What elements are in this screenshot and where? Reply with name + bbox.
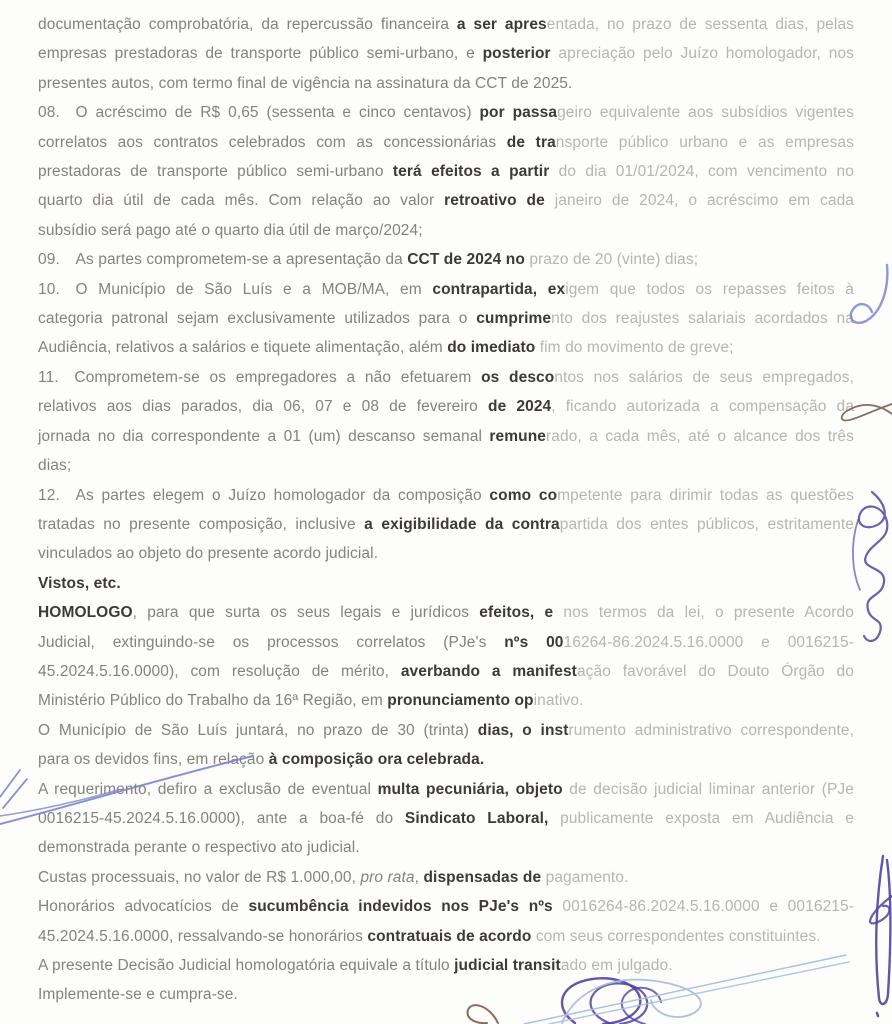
text-line: categoria patronal sejam exclusivamente …: [38, 304, 854, 333]
text-segment: sucumbência indevidos nos PJe's nºs: [249, 898, 553, 915]
text-segment: mpetente para dirimir todas as questões: [557, 487, 854, 504]
text-segment: cumprime: [476, 310, 551, 327]
text-segment: subsídio será pago até o quarto dia útil…: [38, 222, 423, 239]
signature-mark-middle-right: [853, 492, 887, 641]
text-segment: averbando a manifest: [401, 663, 577, 680]
text-line: demonstrada perante o respectivo ato jud…: [38, 833, 854, 862]
text-segment: a ser apres: [457, 16, 547, 33]
text-segment: prestadoras de transporte público semi-u…: [38, 163, 393, 180]
text-segment: rumento administrativo correspondente,: [569, 722, 855, 739]
text-segment: para os devidos fins, em relação: [38, 751, 269, 768]
text-segment: , ficando autorizada a compensação da: [551, 398, 854, 415]
text-segment: Ministério Público do Trabalho da 16ª Re…: [38, 692, 387, 709]
text-segment: geiro equivalente aos subsídios vigentes: [557, 104, 854, 121]
text-segment: de 2024: [488, 398, 551, 415]
text-segment: Custas processuais, no valor de R$ 1.000…: [38, 869, 360, 886]
text-segment: pro rata: [360, 869, 414, 886]
text-segment: entada, no prazo de sessenta dias, pelas: [547, 16, 854, 33]
text-line: A requerimento, defiro a exclusão de eve…: [38, 775, 854, 804]
text-line: HOMOLOGO, para que surta os seus legais …: [38, 598, 854, 627]
text-segment: rado, a cada mês, até o alcance dos três: [546, 428, 854, 445]
text-segment: presentes autos, com termo final de vigê…: [38, 75, 572, 92]
text-segment: publicamente exposta em Audiência e: [548, 810, 854, 827]
text-segment: os desco: [481, 369, 554, 386]
text-segment: do dia 01/01/2024, com vencimento no: [549, 163, 854, 180]
text-segment: 45.2024.5.16.0000), com resolução de mér…: [38, 663, 401, 680]
text-line: dias;: [38, 451, 854, 480]
text-segment: inativo.: [534, 692, 584, 709]
text-segment: Honorários advocatícios de: [38, 898, 249, 915]
text-line: presentes autos, com termo final de vigê…: [38, 69, 854, 98]
text-segment: A presente Decisão Judicial homologatóri…: [38, 957, 454, 974]
text-line: Audiência, relativos a salários e tiquet…: [38, 333, 854, 362]
text-line: tratadas no presente composição, inclusi…: [38, 510, 854, 539]
text-segment: a exigibilidade da contra: [364, 516, 560, 533]
text-segment: categoria patronal sejam exclusivamente …: [38, 310, 476, 327]
text-segment: nsporte público urbano e as empresas: [556, 134, 854, 151]
text-segment: igem que todos os repasses feitos à: [565, 281, 854, 298]
text-segment: 12. As partes elegem o Juízo homologador…: [38, 487, 489, 504]
text-segment: janeiro de 2024, o acréscimo em cada: [545, 192, 854, 209]
text-segment: ação favorável do Douto Órgão do: [577, 663, 854, 680]
text-segment: correlatos aos contratos celebrados com …: [38, 134, 507, 151]
text-segment: retroativo de: [444, 192, 545, 209]
text-segment: ado em julgado.: [561, 957, 673, 974]
text-segment: fim do movimento de greve;: [535, 339, 733, 356]
text-line: Honorários advocatícios de sucumbência i…: [38, 892, 854, 921]
text-segment: efeitos, e: [479, 604, 553, 621]
text-segment: apreciação pelo Juízo homologador, nos: [551, 45, 854, 62]
text-line: Custas processuais, no valor de R$ 1.000…: [38, 863, 854, 892]
text-line: quarto dia útil de cada mês. Com relação…: [38, 186, 854, 215]
text-segment: do imediato: [447, 339, 535, 356]
text-segment: 10. O Município de São Luís e a MOB/MA, …: [38, 281, 432, 298]
text-line: jornada no dia correspondente a 01 (um) …: [38, 422, 854, 451]
text-line: empresas prestadoras de transporte públi…: [38, 39, 854, 68]
text-line: 08. O acréscimo de R$ 0,65 (sessenta e c…: [38, 98, 854, 127]
text-segment: contrapartida, ex: [432, 281, 565, 298]
text-segment: documentação comprobatória, da repercuss…: [38, 16, 457, 33]
text-segment: nºs 00: [504, 634, 563, 651]
text-line: documentação comprobatória, da repercuss…: [38, 10, 854, 39]
text-segment: dispensadas de: [423, 869, 541, 886]
text-segment: pagamento.: [541, 869, 628, 886]
text-segment: CCT de 2024 no: [407, 251, 525, 268]
text-line: 11. Comprometem-se os empregadores a não…: [38, 363, 854, 392]
text-line: A presente Decisão Judicial homologatóri…: [38, 951, 854, 980]
text-segment: posterior: [483, 45, 551, 62]
text-segment: 45.2024.5.16.0000, ressalvando-se honorá…: [38, 928, 367, 945]
signature-mark-bottom-right: [870, 856, 892, 1016]
text-segment: à composição ora celebrada.: [269, 751, 484, 768]
text-line: Ministério Público do Trabalho da 16ª Re…: [38, 686, 854, 715]
signature-mark-top-right: [851, 265, 888, 323]
text-segment: ntos nos salários de seus empregados,: [554, 369, 854, 386]
text-segment: 16264-86.2024.5.16.0000 e 0016215-: [564, 634, 854, 651]
text-segment: 11. Comprometem-se os empregadores a não…: [38, 369, 481, 386]
text-line: correlatos aos contratos celebrados com …: [38, 128, 854, 157]
text-segment: prazo de 20 (vinte) dias;: [525, 251, 698, 268]
text-line: prestadoras de transporte público semi-u…: [38, 157, 854, 186]
text-line: subsídio será pago até o quarto dia útil…: [38, 216, 854, 245]
text-segment: , para que surta os seus legais e jurídi…: [133, 604, 480, 621]
text-line: Vistos, etc.: [38, 569, 854, 598]
text-segment: 0016215-45.2024.5.16.0000), ante a boa-f…: [38, 810, 405, 827]
text-line: para os devidos fins, em relação à compo…: [38, 745, 854, 774]
text-line: vinculados ao objeto do presente acordo …: [38, 539, 854, 568]
text-segment: Implemente-se e cumpra-se.: [38, 986, 238, 1003]
text-line: relativos aos dias parados, dia 06, 07 e…: [38, 392, 854, 421]
text-segment: O Município de São Luís juntará, no praz…: [38, 722, 478, 739]
text-segment: nos termos da lei, o presente Acordo: [553, 604, 854, 621]
document-body: documentação comprobatória, da repercuss…: [38, 10, 854, 1010]
text-line: 0016215-45.2024.5.16.0000), ante a boa-f…: [38, 804, 854, 833]
text-segment: Audiência, relativos a salários e tiquet…: [38, 339, 447, 356]
text-line: 45.2024.5.16.0000, ressalvando-se honorá…: [38, 922, 854, 951]
text-line: Judicial, extinguindo-se os processos co…: [38, 628, 854, 657]
text-line: 10. O Município de São Luís e a MOB/MA, …: [38, 275, 854, 304]
text-segment: Judicial, extinguindo-se os processos co…: [38, 634, 504, 651]
text-segment: pronunciamento op: [387, 692, 533, 709]
text-segment: 08. O acréscimo de R$ 0,65 (sessenta e c…: [38, 104, 479, 121]
text-segment: quarto dia útil de cada mês. Com relação…: [38, 192, 444, 209]
text-segment: 0016264-86.2024.5.16.0000 e 0016215-: [553, 898, 854, 915]
text-segment: demonstrada perante o respectivo ato jud…: [38, 839, 360, 856]
text-segment: judicial transit: [454, 957, 561, 974]
text-line: 12. As partes elegem o Juízo homologador…: [38, 481, 854, 510]
text-segment: Sindicato Laboral,: [405, 810, 548, 827]
text-segment: de tra: [507, 134, 556, 151]
text-segment: dias;: [38, 457, 71, 474]
text-segment: empresas prestadoras de transporte públi…: [38, 45, 483, 62]
text-segment: 09. As partes comprometem-se a apresenta…: [38, 251, 407, 268]
text-segment: HOMOLOGO: [38, 604, 133, 621]
text-segment: tratadas no presente composição, inclusi…: [38, 516, 364, 533]
text-line: 45.2024.5.16.0000), com resolução de mér…: [38, 657, 854, 686]
text-segment: contratuais de acordo: [367, 928, 531, 945]
scanned-document-page: documentação comprobatória, da repercuss…: [0, 0, 892, 1024]
text-segment: relativos aos dias parados, dia 06, 07 e…: [38, 398, 488, 415]
text-segment: multa pecuniária, objeto: [378, 781, 563, 798]
text-segment: de decisão judicial liminar anterior (PJ…: [563, 781, 854, 798]
text-segment: com seus correspondentes constituintes.: [531, 928, 820, 945]
text-line: O Município de São Luís juntará, no praz…: [38, 716, 854, 745]
text-segment: vinculados ao objeto do presente acordo …: [38, 545, 378, 562]
text-line: 09. As partes comprometem-se a apresenta…: [38, 245, 854, 274]
text-segment: como co: [489, 487, 557, 504]
text-segment: A requerimento, defiro a exclusão de eve…: [38, 781, 378, 798]
text-segment: Vistos, etc.: [38, 575, 121, 592]
text-segment: jornada no dia correspondente a 01 (um) …: [38, 428, 489, 445]
text-segment: nto dos reajustes salariais acordados na: [551, 310, 854, 327]
text-segment: por passa: [479, 104, 557, 121]
text-segment: remune: [489, 428, 546, 445]
text-segment: partida dos entes públicos, estritamente: [560, 516, 854, 533]
text-segment: terá efeitos a partir: [393, 163, 549, 180]
text-line: Implemente-se e cumpra-se.: [38, 980, 854, 1009]
text-segment: dias, o inst: [478, 722, 569, 739]
